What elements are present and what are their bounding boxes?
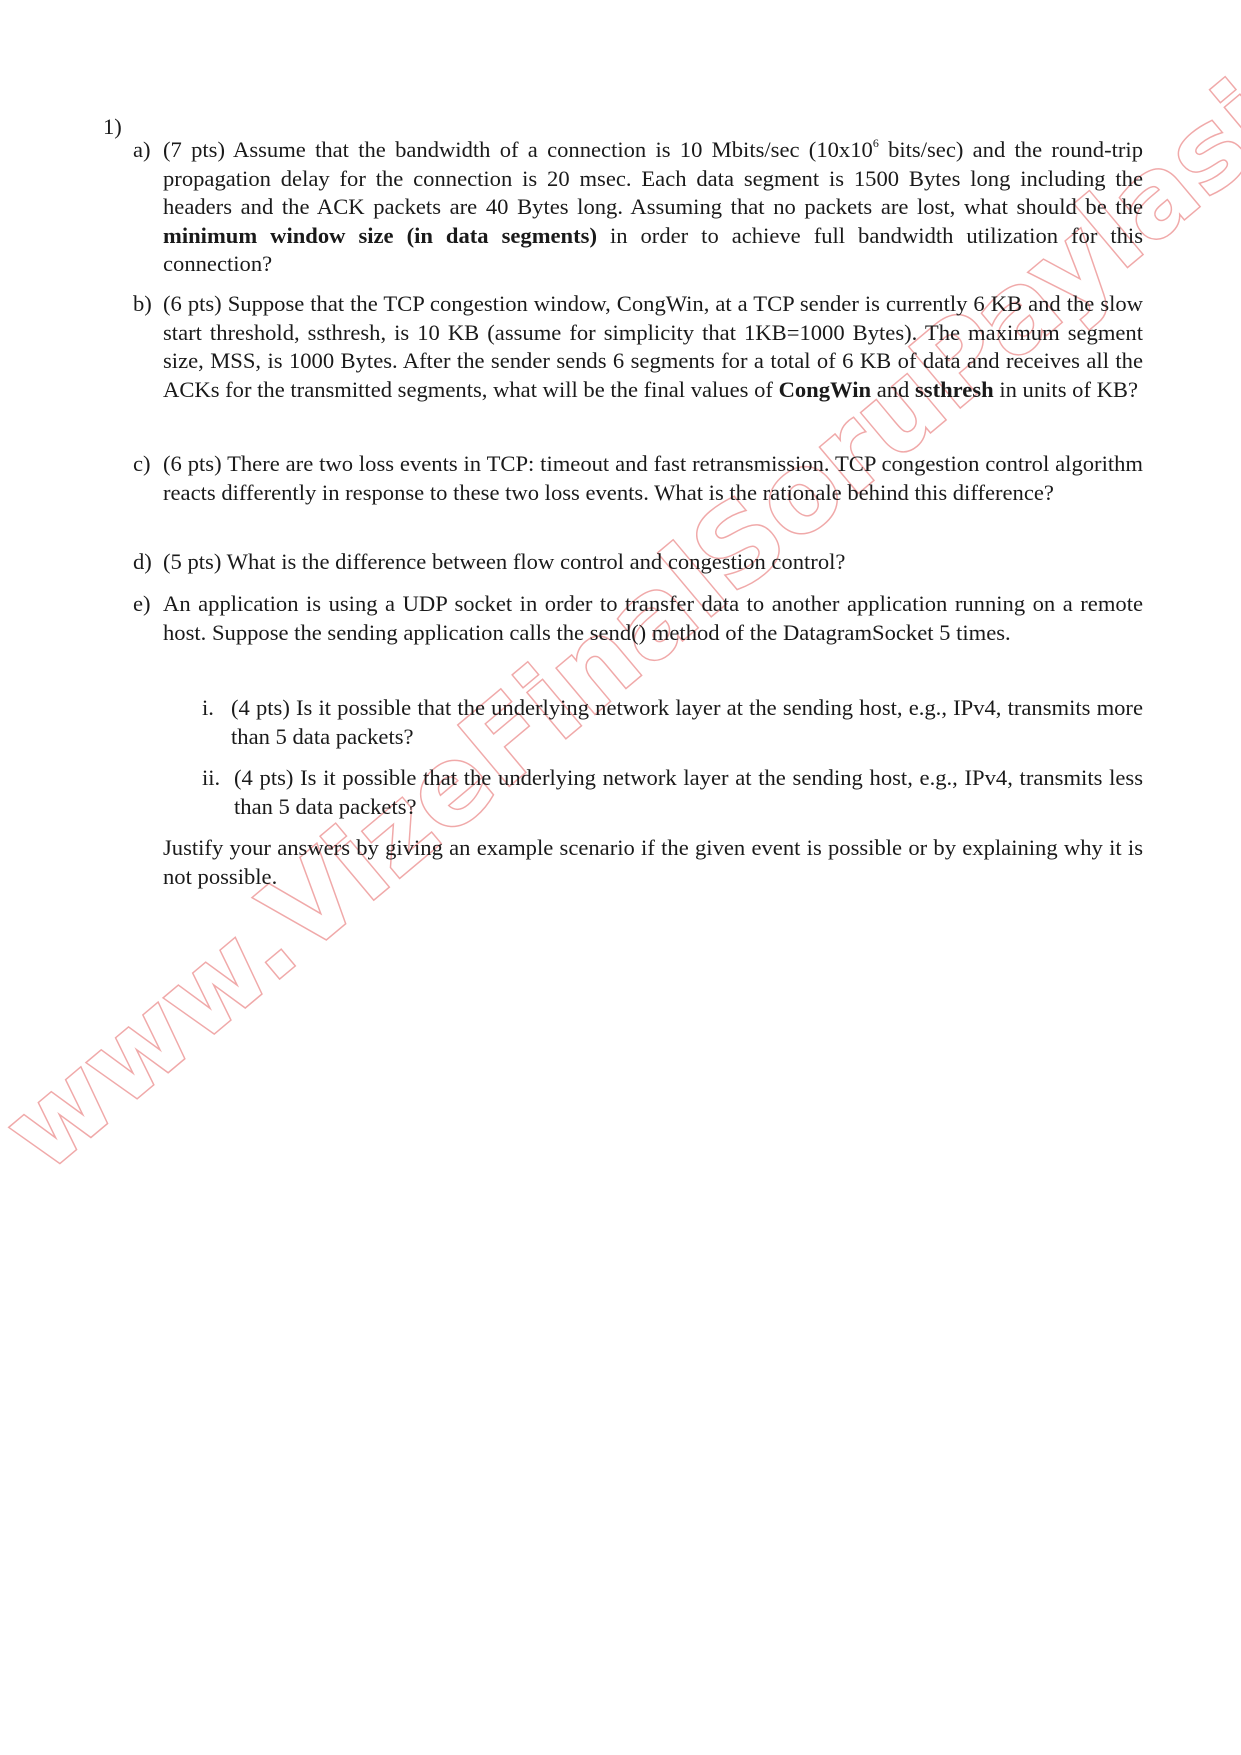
question-part-a: a) (7 pts) Assume that the bandwidth of … bbox=[133, 136, 1143, 279]
question-part-e-i: i. (4 pts) Is it possible that the under… bbox=[202, 694, 1143, 751]
part-b-text: (6 pts) Suppose that the TCP congestion … bbox=[163, 290, 1143, 404]
question-number: 1) bbox=[103, 113, 122, 142]
emphasis-min-window: minimum window size (in data segments) bbox=[163, 223, 597, 248]
part-e-ii-text: (4 pts) Is it possible that the underlyi… bbox=[234, 764, 1143, 821]
question-part-d: d) (5 pts) What is the difference betwee… bbox=[133, 548, 1143, 577]
question-part-e-ii: ii. (4 pts) Is it possible that the unde… bbox=[202, 764, 1143, 821]
part-d-text: (5 pts) What is the difference between f… bbox=[163, 548, 1143, 577]
part-e-text: An application is using a UDP socket in … bbox=[163, 590, 1143, 647]
emphasis-ssthresh: ssthresh bbox=[915, 377, 994, 402]
justify-note: Justify your answers by giving an exampl… bbox=[163, 834, 1143, 891]
question-part-c: c) (6 pts) There are two loss events in … bbox=[133, 450, 1143, 507]
question-part-e: e) An application is using a UDP socket … bbox=[133, 590, 1143, 647]
part-c-points: (6 pts) bbox=[163, 451, 222, 476]
part-e-i-text: (4 pts) Is it possible that the underlyi… bbox=[231, 694, 1143, 751]
part-b-points: (6 pts) bbox=[163, 291, 222, 316]
subpart-marker: i. bbox=[202, 694, 214, 723]
subpart-marker: ii. bbox=[202, 764, 220, 793]
part-a-text: (7 pts) Assume that the bandwidth of a c… bbox=[163, 136, 1143, 279]
part-marker: a) bbox=[133, 136, 151, 165]
part-marker: e) bbox=[133, 590, 151, 619]
part-c-text: (6 pts) There are two loss events in TCP… bbox=[163, 450, 1143, 507]
document-page: www.VizeFinalSoruPaylasimi.com 1) a) (7 … bbox=[0, 0, 1241, 1755]
exam-content: 1) a) (7 pts) Assume that the bandwidth … bbox=[0, 0, 1241, 1755]
emphasis-congwin: CongWin bbox=[779, 377, 872, 402]
part-d-points: (5 pts) bbox=[163, 549, 221, 574]
part-marker: d) bbox=[133, 548, 152, 577]
question-part-b: b) (6 pts) Suppose that the TCP congesti… bbox=[133, 290, 1143, 404]
part-marker: b) bbox=[133, 290, 152, 319]
part-marker: c) bbox=[133, 450, 151, 479]
part-a-points: (7 pts) bbox=[163, 137, 225, 162]
